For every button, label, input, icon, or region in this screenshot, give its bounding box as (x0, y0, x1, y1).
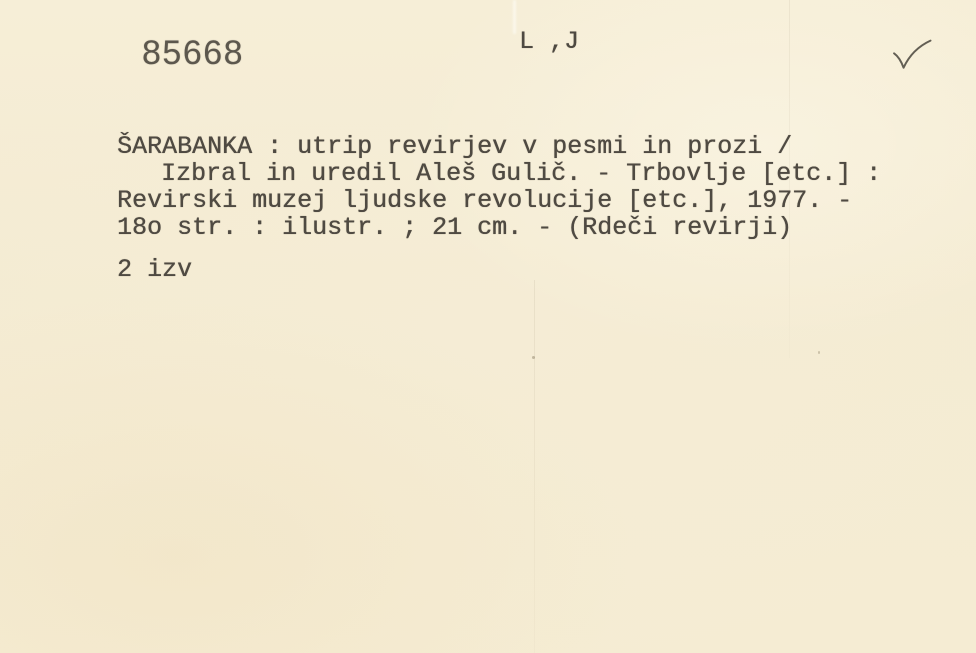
entry-line-title: ŠARABANKA : utrip revirjev v pesmi in pr… (117, 133, 881, 160)
scan-streak (513, 0, 516, 34)
entry-line-statement: Izbral in uredil Aleš Gulič. - Trbovlje … (117, 160, 881, 187)
entry-line-publisher: Revirski muzej ljudske revolucije [etc.]… (117, 187, 881, 214)
copies-note: 2 izv (117, 256, 192, 283)
classification-mark: L ,J (519, 29, 579, 54)
catalog-card: 85668 L ,J ŠARABANKA : utrip revirjev v … (0, 0, 976, 653)
paper-speck (532, 356, 535, 359)
paper-speck (818, 351, 820, 354)
bibliographic-entry: ŠARABANKA : utrip revirjev v pesmi in pr… (117, 133, 881, 241)
entry-line-collation: 18o str. : ilustr. ; 21 cm. - (Rdeči rev… (117, 214, 881, 241)
checkmark-icon (890, 37, 933, 72)
paper-crease (534, 280, 535, 653)
call-number: 85668 (142, 36, 244, 70)
